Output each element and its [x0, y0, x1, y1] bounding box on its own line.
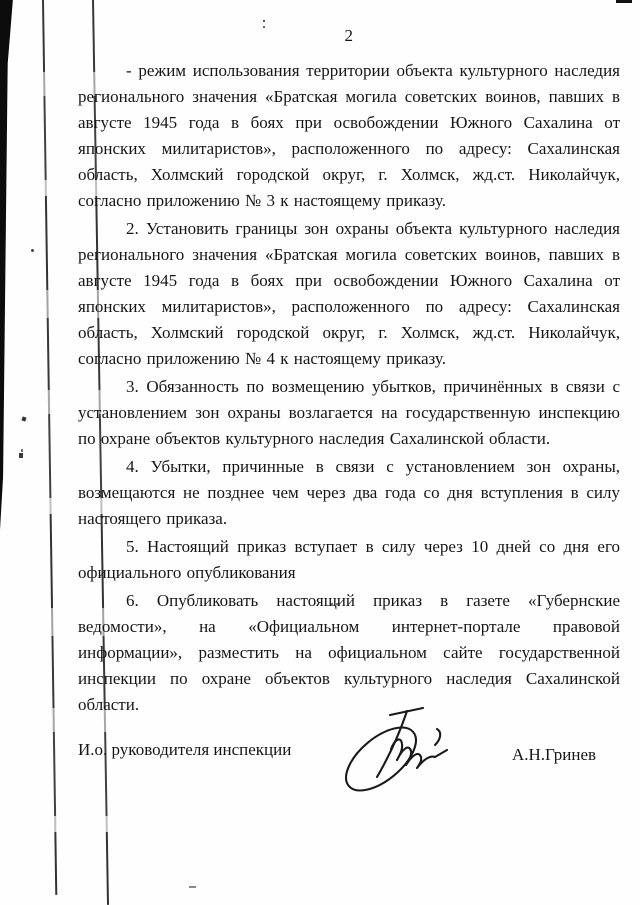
scan-artifact-top-dash — [616, 0, 632, 3]
scan-speck — [263, 20, 265, 22]
paragraph-item-6-publication: 6. Опубликовать настоящий приказ в газет… — [78, 588, 620, 718]
scan-speck — [189, 886, 196, 888]
paragraph-item-5-entry-into-force: 5. Настоящий приказ вступает в силу чере… — [78, 534, 620, 586]
page-number: 2 — [78, 26, 620, 46]
signature-autograph — [333, 703, 451, 795]
scanned-order-page: 2 - режим использования территории объек… — [0, 0, 640, 905]
signer-name: А.Н.Гринев — [512, 745, 596, 765]
paragraph-item-4-loss-compensation-term: 4. Убытки, причинные в связи с установле… — [78, 454, 620, 532]
document-body: - режим использования территории объекта… — [78, 58, 620, 720]
paragraph-item-3-loss-compensation-duty: 3. Обязанность по возмещению убытков, пр… — [78, 374, 620, 452]
scan-speck — [21, 416, 26, 421]
scan-fold-line-outer — [42, 0, 57, 895]
scan-artifact-left-edge-wedge — [0, 0, 14, 530]
paragraph-usage-regime: - режим использования территории объекта… — [78, 58, 620, 214]
signer-position-label: И.о. руководителя инспекции — [78, 740, 291, 760]
paragraph-item-2-protection-zones: 2. Установить границы зон охраны объекта… — [78, 216, 620, 372]
scan-speck — [31, 249, 34, 252]
scan-speck — [19, 453, 23, 458]
